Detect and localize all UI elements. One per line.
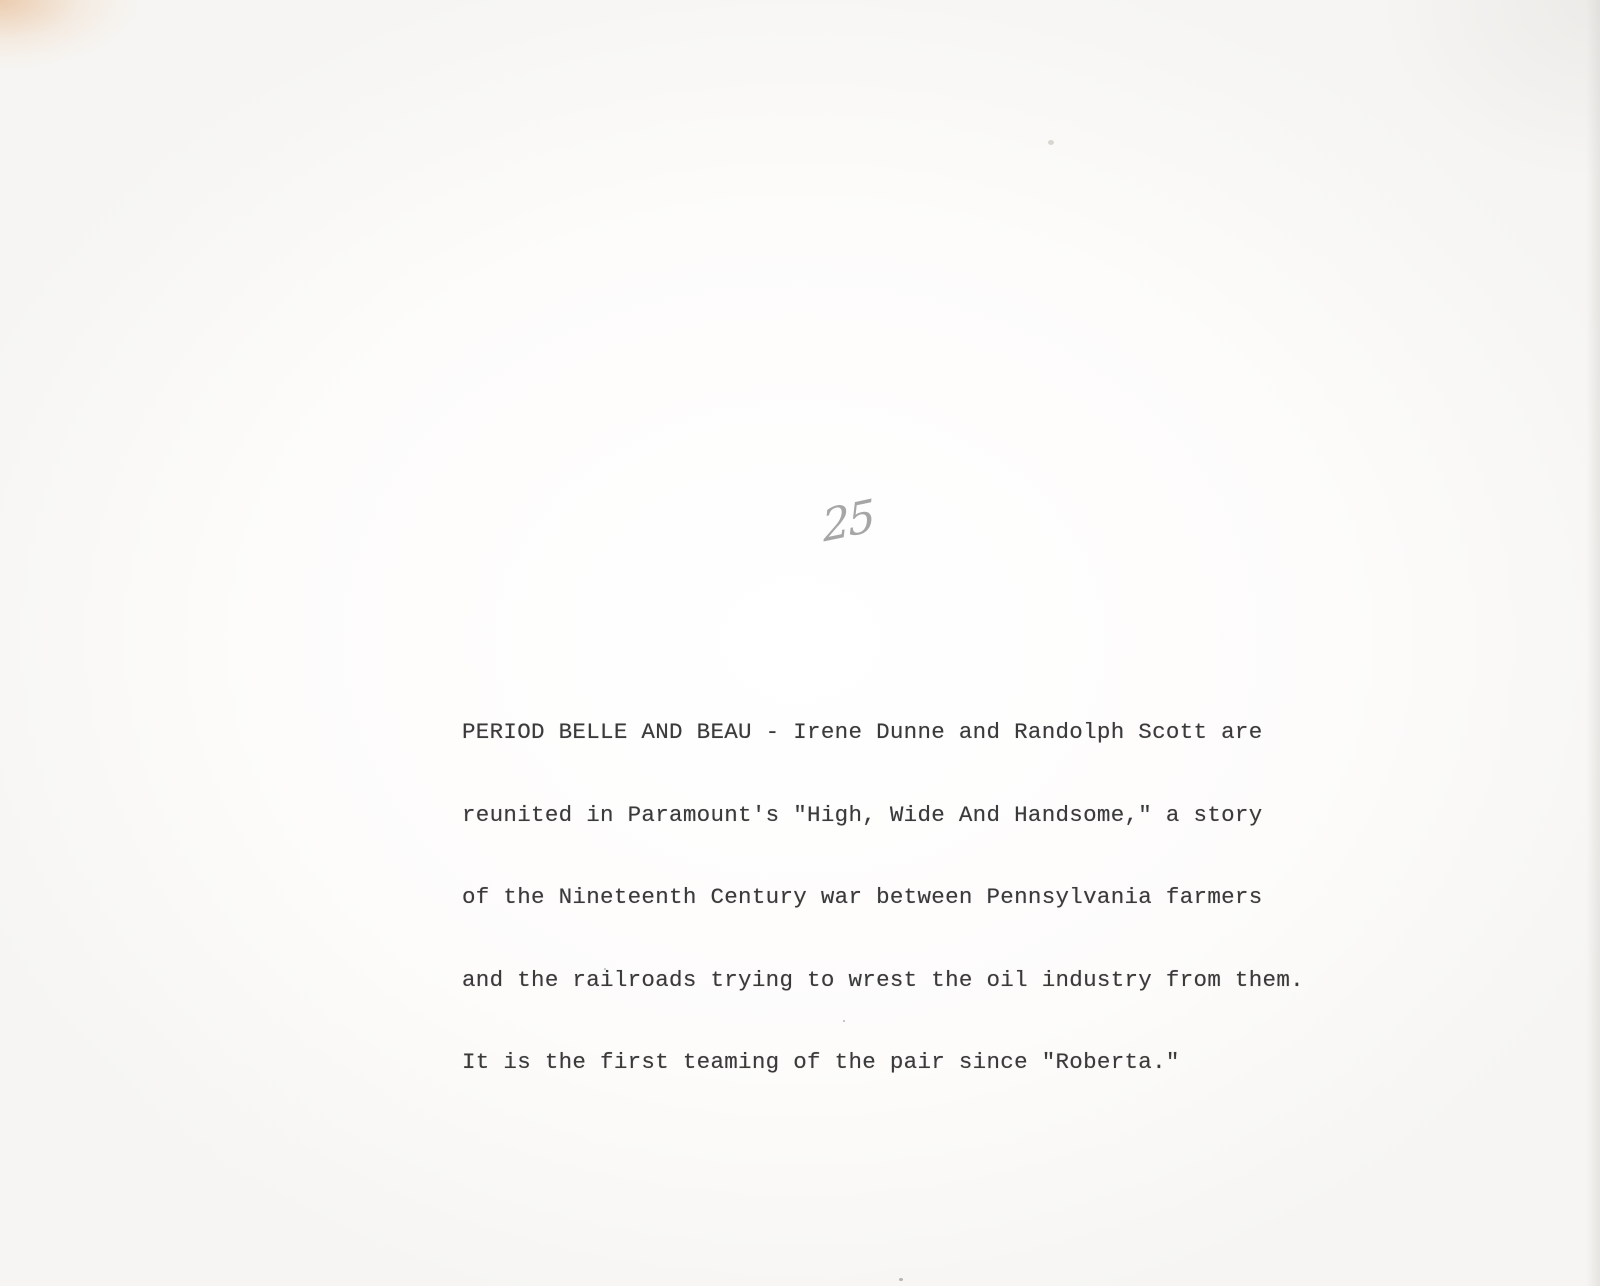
paper-speck	[604, 968, 606, 970]
handwritten-number: 25	[821, 490, 875, 552]
caption-line: and the railroads trying to wrest the oi…	[462, 967, 1304, 995]
paper-speck	[1048, 140, 1054, 145]
typed-caption: PERIOD BELLE AND BEAU - Irene Dunne and …	[462, 664, 1304, 1132]
caption-line: of the Nineteenth Century war between Pe…	[462, 884, 1304, 912]
paper-speck	[843, 1020, 845, 1022]
caption-line: reunited in Paramount's "High, Wide And …	[462, 802, 1304, 830]
caption-line: PERIOD BELLE AND BEAU - Irene Dunne and …	[462, 719, 1304, 747]
caption-line: It is the first teaming of the pair sinc…	[462, 1049, 1304, 1077]
photo-back-paper: 25 PERIOD BELLE AND BEAU - Irene Dunne a…	[0, 0, 1600, 1286]
paper-speck	[899, 1278, 903, 1281]
